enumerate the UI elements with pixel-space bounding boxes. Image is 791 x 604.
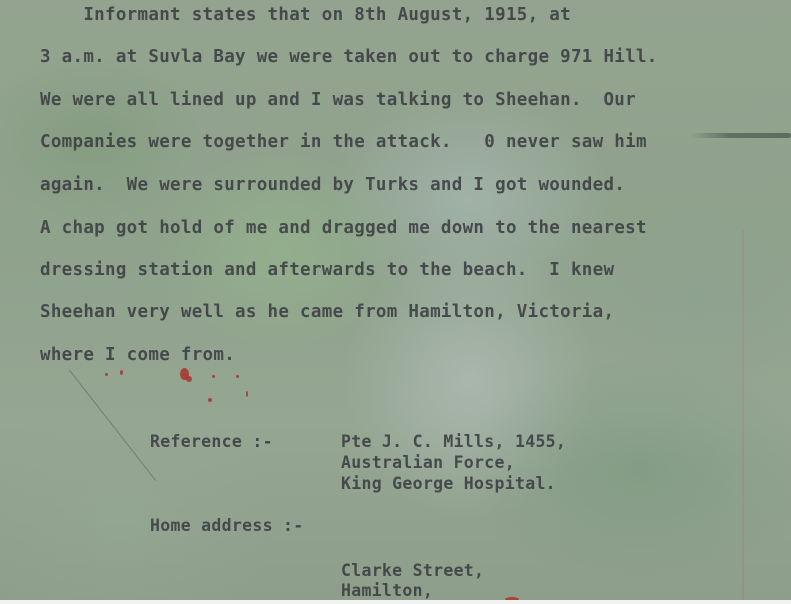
scan-border bbox=[0, 600, 791, 604]
reference-line: Australian Force, bbox=[341, 453, 515, 472]
reference-label: Reference :- bbox=[150, 432, 273, 451]
home-address-label: Home address :- bbox=[150, 516, 304, 535]
statement-line: Sheehan very well as he came from Hamilt… bbox=[40, 302, 614, 322]
ink-stain bbox=[208, 398, 212, 402]
paper-margin-line bbox=[742, 230, 744, 600]
statement-line: where I come from. bbox=[40, 345, 235, 365]
statement-line: dressing station and afterwards to the b… bbox=[40, 260, 614, 280]
ink-stain bbox=[236, 375, 239, 378]
ink-stain bbox=[120, 370, 123, 375]
ink-stain bbox=[246, 391, 248, 397]
paper-shadow-streak bbox=[690, 133, 791, 138]
statement-line: 3 a.m. at Suvla Bay we were taken out to… bbox=[40, 47, 658, 67]
ink-stain bbox=[212, 375, 215, 378]
statement-line: again. We were surrounded by Turks and I… bbox=[40, 175, 625, 195]
reference-line: King George Hospital. bbox=[341, 474, 556, 493]
ink-stain bbox=[186, 376, 192, 382]
statement-line: Companies were together in the attack. 0… bbox=[40, 132, 647, 152]
statement-line: A chap got hold of me and dragged me dow… bbox=[40, 218, 647, 238]
home-address-line: Hamilton, bbox=[341, 581, 433, 600]
reference-line: Pte J. C. Mills, 1455, bbox=[341, 432, 566, 451]
ink-stain bbox=[105, 373, 108, 376]
statement-line: Informant states that on 8th August, 191… bbox=[40, 5, 571, 25]
home-address-line: Clarke Street, bbox=[341, 561, 484, 580]
statement-line: We were all lined up and I was talking t… bbox=[40, 90, 636, 110]
